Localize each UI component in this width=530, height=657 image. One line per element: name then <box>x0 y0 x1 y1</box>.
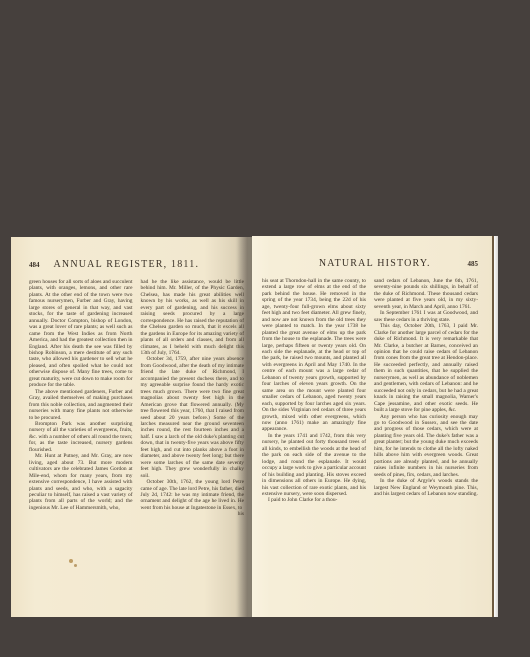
catchword: his <box>141 511 245 517</box>
left-page-column-2: had he the like assistance, would be lit… <box>141 279 245 518</box>
foxing-spot <box>69 559 73 563</box>
foxing-spot <box>74 564 77 567</box>
right-page-columns: his seat at Thorndon-hall in the same co… <box>262 278 478 504</box>
left-page-columns: green houses for all sorts of aloes and … <box>29 279 244 518</box>
running-head-left: ANNUAL REGISTER, 1811. <box>40 259 245 270</box>
paragraph: green houses for all sorts of aloes and … <box>29 279 133 389</box>
paragraph: In the years 1741 and 1742, from this ve… <box>262 433 366 498</box>
paragraph: October 30th, 1762, the young lord Petre… <box>141 479 245 511</box>
paragraph: This day, October 20th, 1763, I paid Mr.… <box>374 323 478 413</box>
page-number-right: 485 <box>468 260 479 268</box>
paragraph: Mr. Hunt at Putney, and Mr. Gray, are no… <box>29 453 133 511</box>
paragraph: I paid to John Clarke for a thou- <box>262 497 366 503</box>
paragraph: In September 1761 I was at Goodwood, and… <box>374 310 478 323</box>
left-page: 484 ANNUAL REGISTER, 1811. green houses … <box>11 237 252 617</box>
paragraph: had he the like assistance, would be lit… <box>141 279 245 356</box>
paragraph: In the duke of Argyle's woods stands the… <box>374 478 478 497</box>
paragraph: his seat at Thorndon-hall in the same co… <box>262 278 366 433</box>
right-page-column-1: his seat at Thorndon-hall in the same co… <box>262 278 366 504</box>
right-page-header: NATURAL HISTORY. 485 <box>262 258 478 272</box>
paragraph: The above mentioned gardeners, Furber an… <box>29 389 133 421</box>
running-head-right: NATURAL HISTORY. <box>262 258 468 269</box>
open-book-scan: 484 ANNUAL REGISTER, 1811. green houses … <box>11 237 491 617</box>
right-page-column-2: sand cedars of Lebanon, June the 6th, 17… <box>374 278 478 504</box>
right-page: NATURAL HISTORY. 485 his seat at Thorndo… <box>252 236 492 617</box>
page-number-left: 484 <box>29 261 40 269</box>
paragraph: sand cedars of Lebanon, June the 6th, 17… <box>374 278 478 310</box>
left-page-column-1: green houses for all sorts of aloes and … <box>29 279 133 518</box>
page-edge-highlight <box>494 236 498 617</box>
paragraph: Brompton Park was another surprising nur… <box>29 421 133 453</box>
left-page-header: 484 ANNUAL REGISTER, 1811. <box>29 259 244 273</box>
paragraph: October 3d, 1759, after nine years absen… <box>141 356 245 479</box>
paragraph: Any person who has curiosity enough may … <box>374 414 478 479</box>
